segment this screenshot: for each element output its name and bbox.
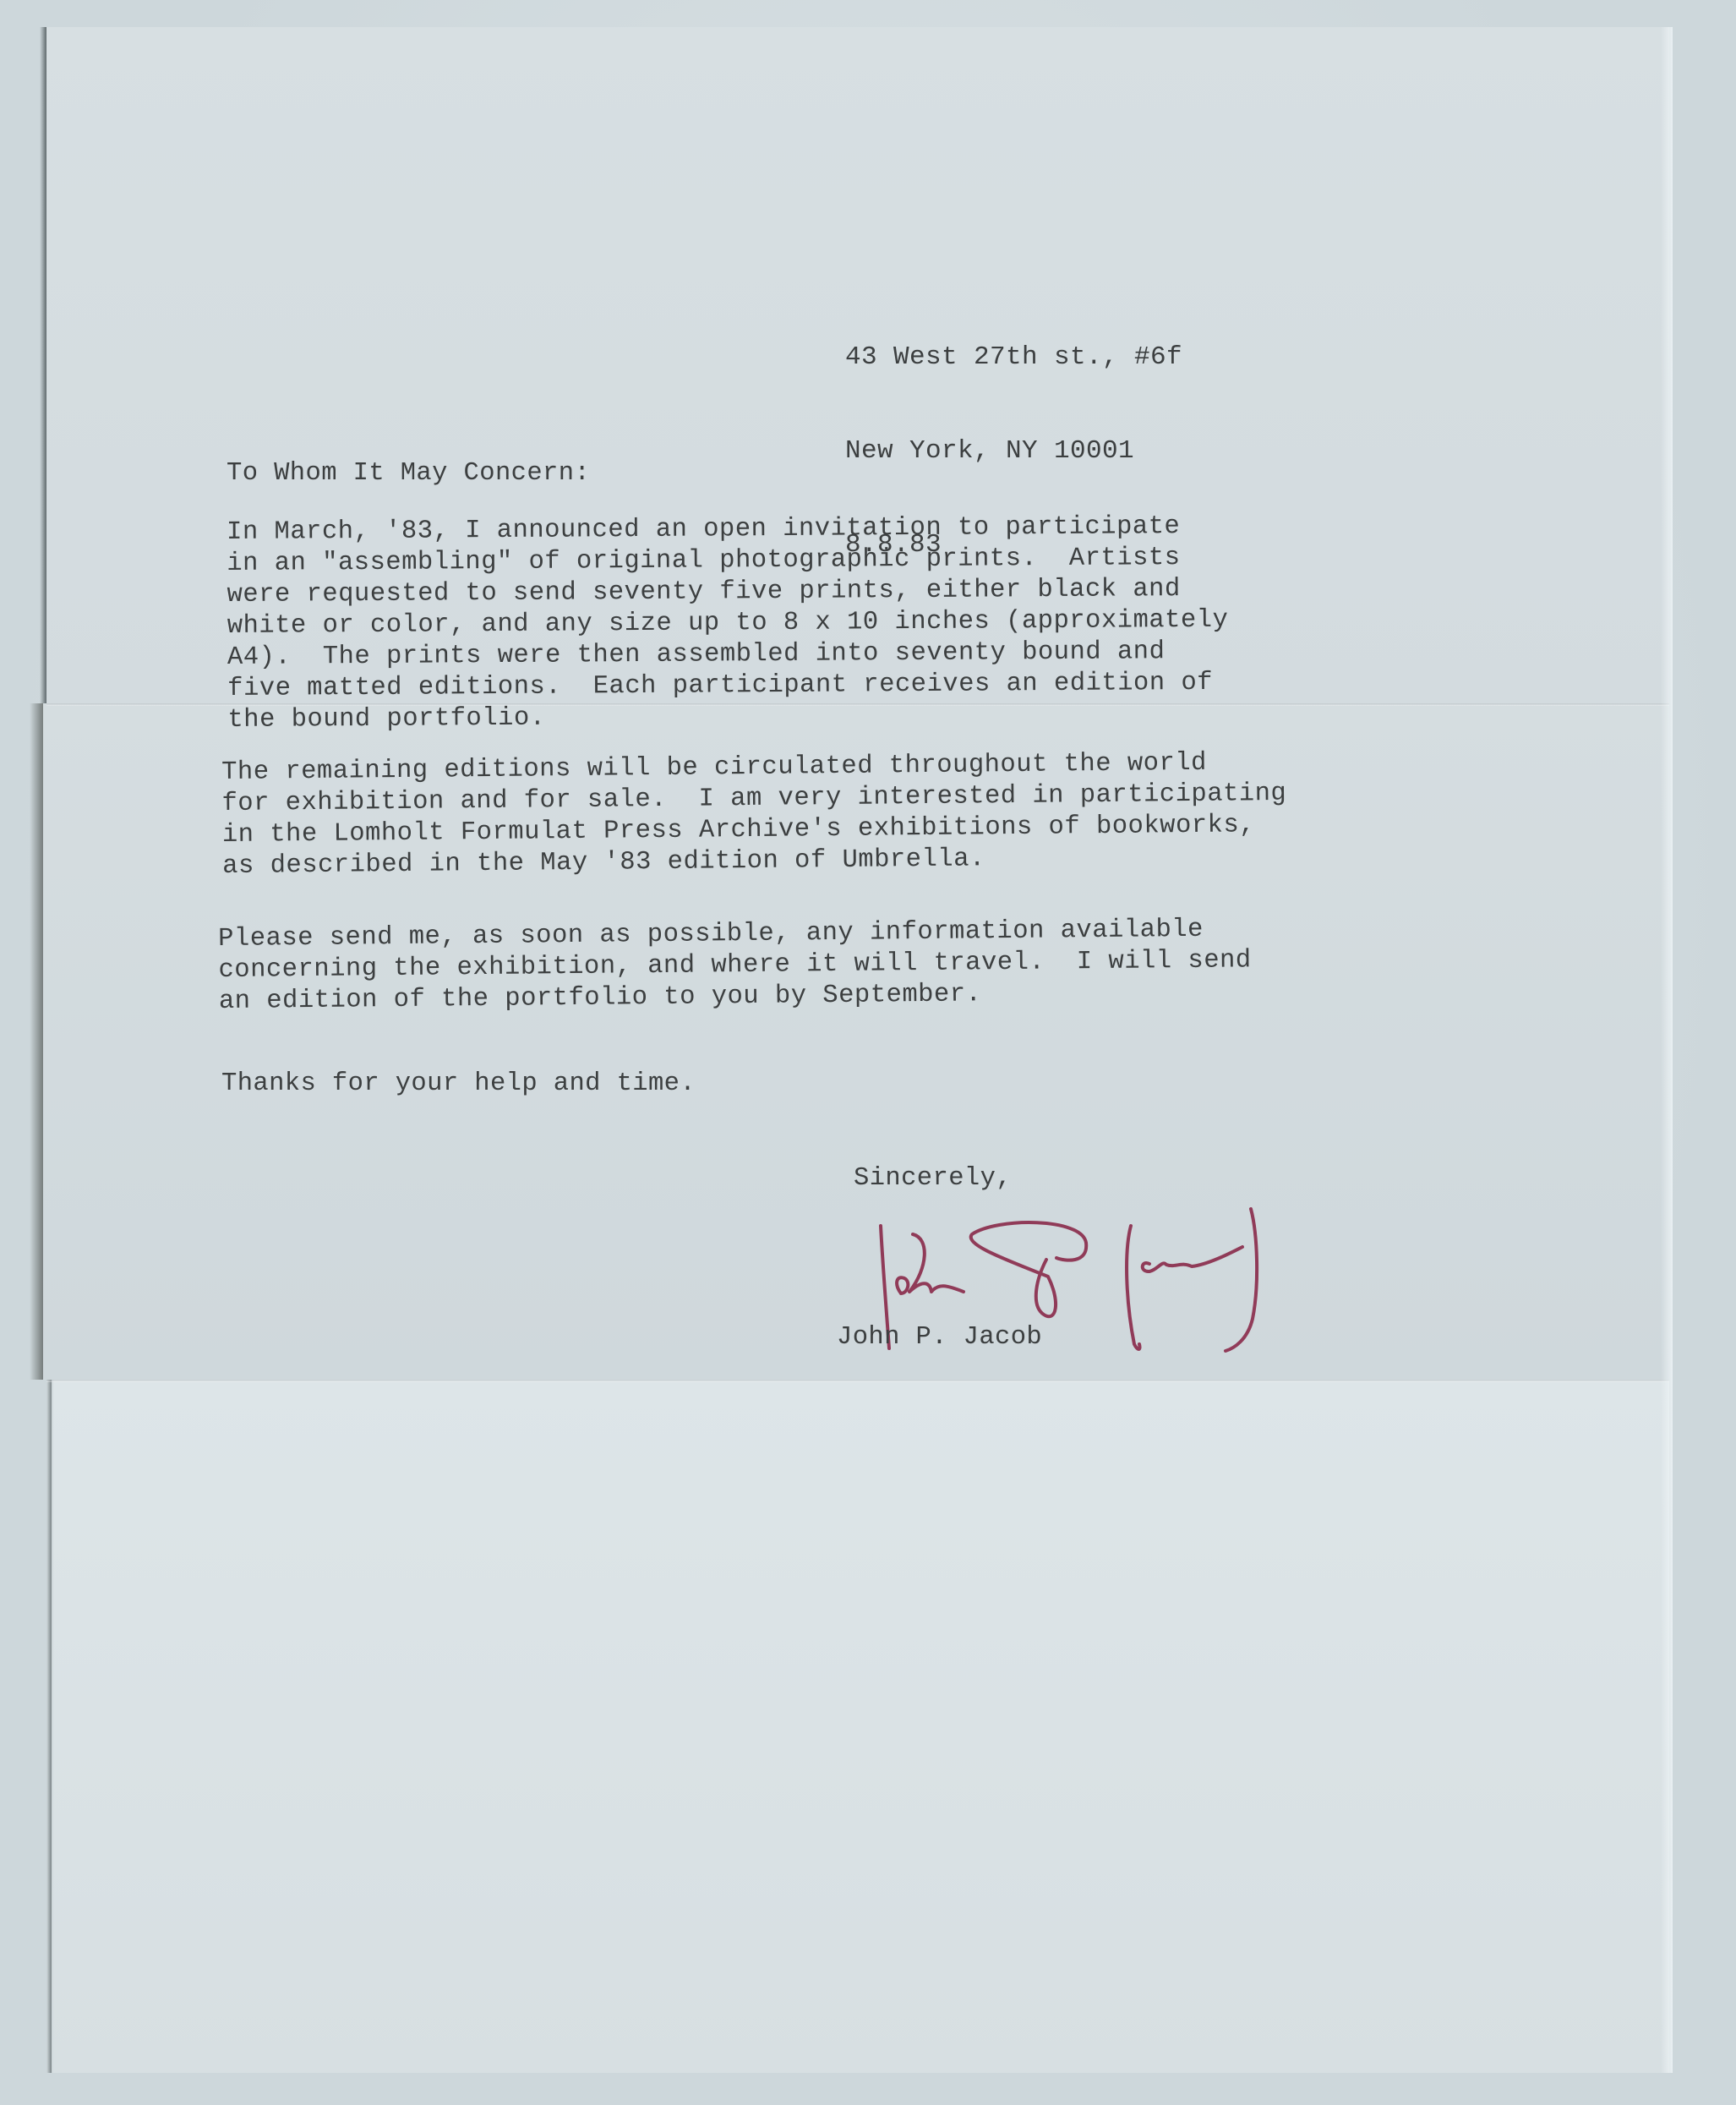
paragraph-line: five matted editions. Each participant r…	[227, 668, 1229, 705]
fold-crease	[46, 1380, 1669, 1382]
paragraph: Please send me, as soon as possible, any…	[218, 914, 1252, 1018]
paragraph: The remaining editions will be circulate…	[221, 747, 1287, 883]
address-street: 43 West 27th st., #6f	[845, 342, 1182, 373]
closing-line: Thanks for your help and time.	[221, 1067, 696, 1101]
paragraph-line: the bound portfolio.	[227, 699, 1229, 736]
paper-edge-shadow	[40, 27, 46, 703]
address-city: New York, NY 10001	[845, 435, 1182, 467]
signoff: Sincerely,	[854, 1162, 1012, 1195]
paper-panel-bottom	[53, 1380, 1669, 2073]
paragraph: In March, '83, I announced an open invit…	[227, 511, 1229, 736]
paper-edge-shadow	[30, 703, 43, 1380]
salutation: To Whom It May Concern:	[227, 457, 590, 490]
paper-edge-highlight	[1661, 27, 1673, 2073]
printed-name: John P. Jacob	[837, 1320, 1042, 1354]
paper-edge-shadow	[46, 1380, 52, 2073]
